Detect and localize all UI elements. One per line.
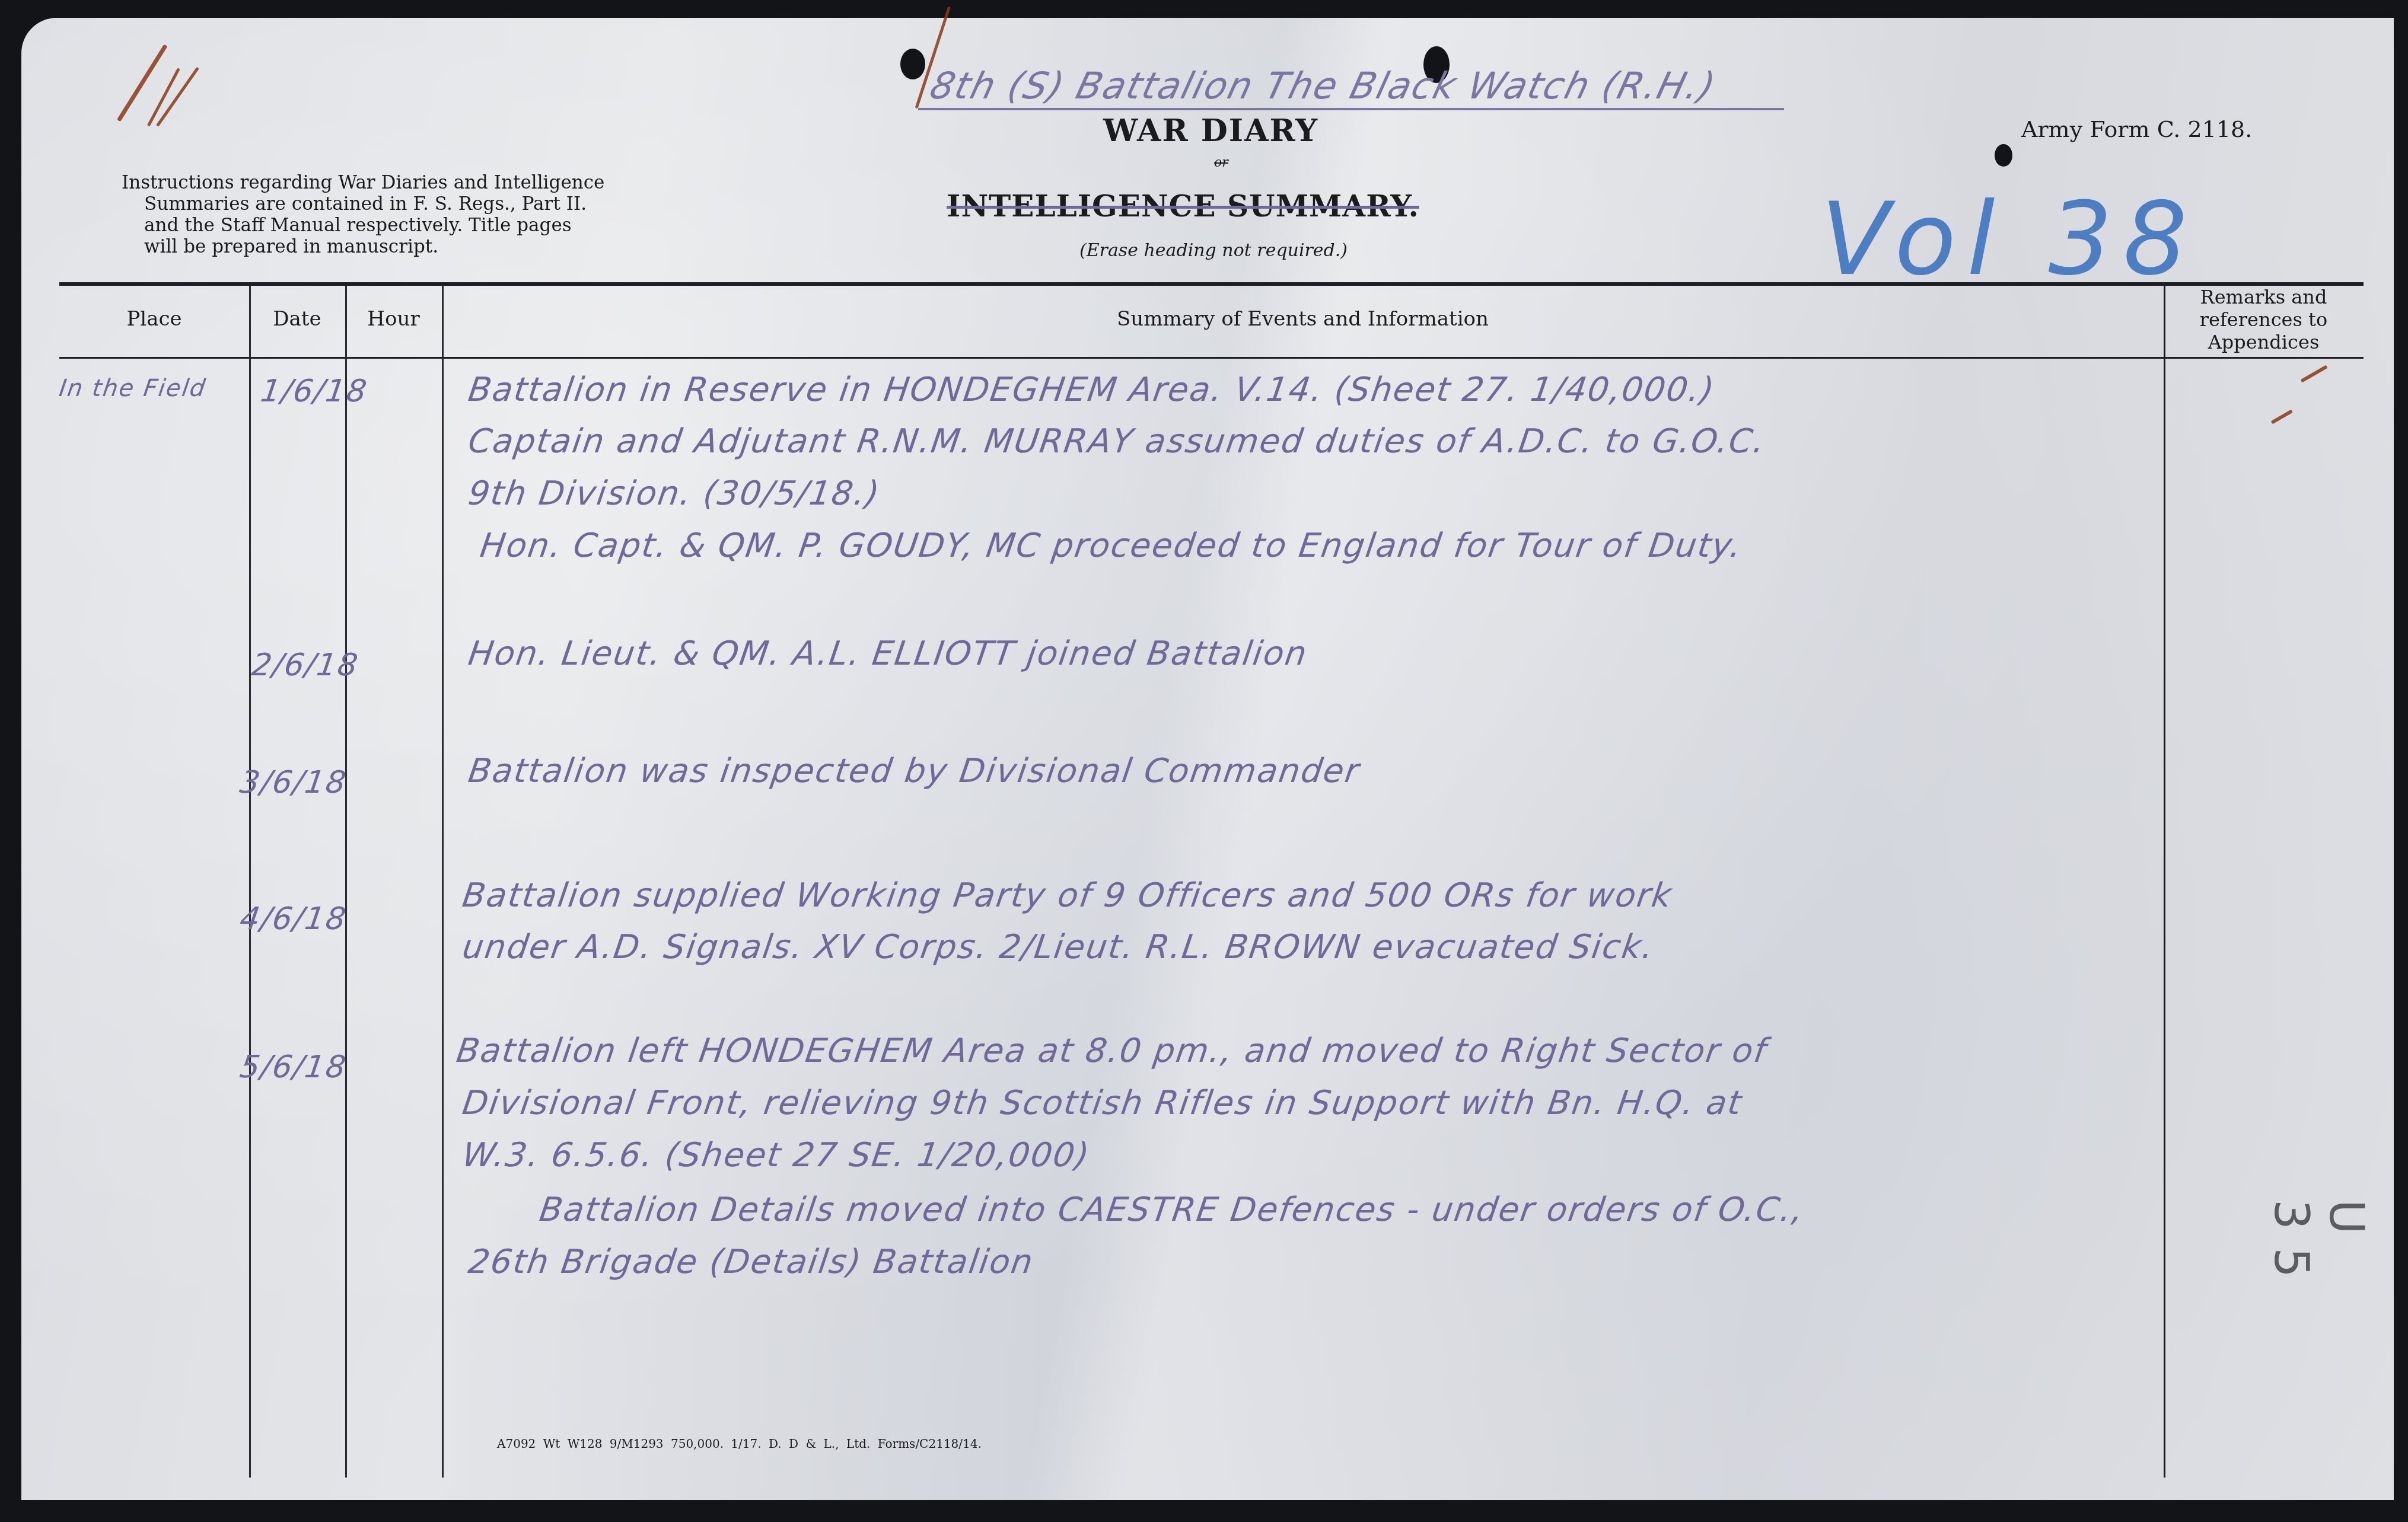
column-divider-place-date [249,286,251,1478]
header-top-rule [59,282,2364,286]
instructions-line: will be prepared in manuscript. [122,236,604,257]
entry-line: Battalion Details moved into CAESTRE Def… [537,1191,1807,1229]
column-header-hour: Hour [345,307,442,331]
entry-line: Battalion supplied Working Party of 9 Of… [460,876,1675,915]
punch-hole-right [1995,144,2012,167]
instructions-text: Instructions regarding War Diaries and I… [122,172,604,257]
unit-heading: 8th (S) Battalion The Black Watch (R.H.) [926,64,1721,107]
remarks-header-line: Appendices [2164,331,2364,353]
column-divider-date-hour [345,286,347,1478]
column-divider-hour-summary [442,286,444,1478]
form-title-intelligence-summary: INTELLIGENCE SUMMARY. [947,189,1419,224]
entry-line: Captain and Adjutant R.N.M. MURRAY assum… [466,422,1767,461]
instructions-line: Summaries are contained in F. S. Regs., … [122,193,604,215]
place-value: In the Field [58,375,208,402]
entry-line: Hon. Lieut. & QM. A.L. ELLIOTT joined Ba… [466,634,1310,673]
entry-line: Battalion left HONDEGHEM Area at 8.0 pm.… [454,1032,1769,1070]
entry-line: Battalion in Reserve in HONDEGHEM Area. … [466,371,1717,409]
entry-line: Divisional Front, relieving 9th Scottish… [460,1084,1744,1122]
column-header-place: Place [59,307,249,331]
entry-date: 4/6/18 [238,901,349,937]
column-divider-summary-remarks [2164,286,2165,1478]
entry-date: 5/6/18 [238,1049,349,1085]
column-header-remarks: Remarks and references to Appendices [2164,286,2364,353]
remarks-header-line: Remarks and [2164,286,2364,308]
header-bottom-rule [59,357,2364,359]
entry-date: 1/6/18 [259,374,370,409]
column-header-summary: Summary of Events and Information [442,307,2164,331]
remarks-header-line: references to [2164,308,2364,331]
instructions-line: and the Staff Manual respectively. Title… [122,215,604,236]
punch-hole-left [900,49,925,79]
entry-line: Battalion was inspected by Divisional Co… [466,752,1362,790]
entry-date: 2/6/18 [250,647,361,683]
column-header-date: Date [249,307,345,331]
printer-imprint: A7092 Wt W128 9/M1293 750,000. 1/17. D. … [497,1437,982,1451]
erase-heading-note: (Erase heading not required.) [1079,240,1348,261]
entry-line: Hon. Capt. & QM. P. GOUDY, MC proceeded … [477,527,1744,565]
army-form-number: Army Form C. 2118. [2021,116,2252,142]
margin-pencil-note: U 35 [2264,1199,2374,1377]
entry-line: under A.D. Signals. XV Corps. 2/Lieut. R… [460,928,1657,966]
unit-heading-underline [918,108,1784,110]
entry-line: 9th Division. (30/5/18.) [466,474,883,513]
form-title: WAR DIARY [1103,113,1318,149]
entry-line: 26th Brigade (Details) Battalion [466,1243,1036,1281]
entry-line: W.3. 6.5.6. (Sheet 27 SE. 1/20,000) [460,1136,1092,1175]
entry-date: 3/6/18 [238,765,349,800]
instructions-line: Instructions regarding War Diaries and I… [122,172,604,193]
volume-mark: Vol 38 [1821,181,2198,298]
form-title-or: or [1214,155,1228,170]
